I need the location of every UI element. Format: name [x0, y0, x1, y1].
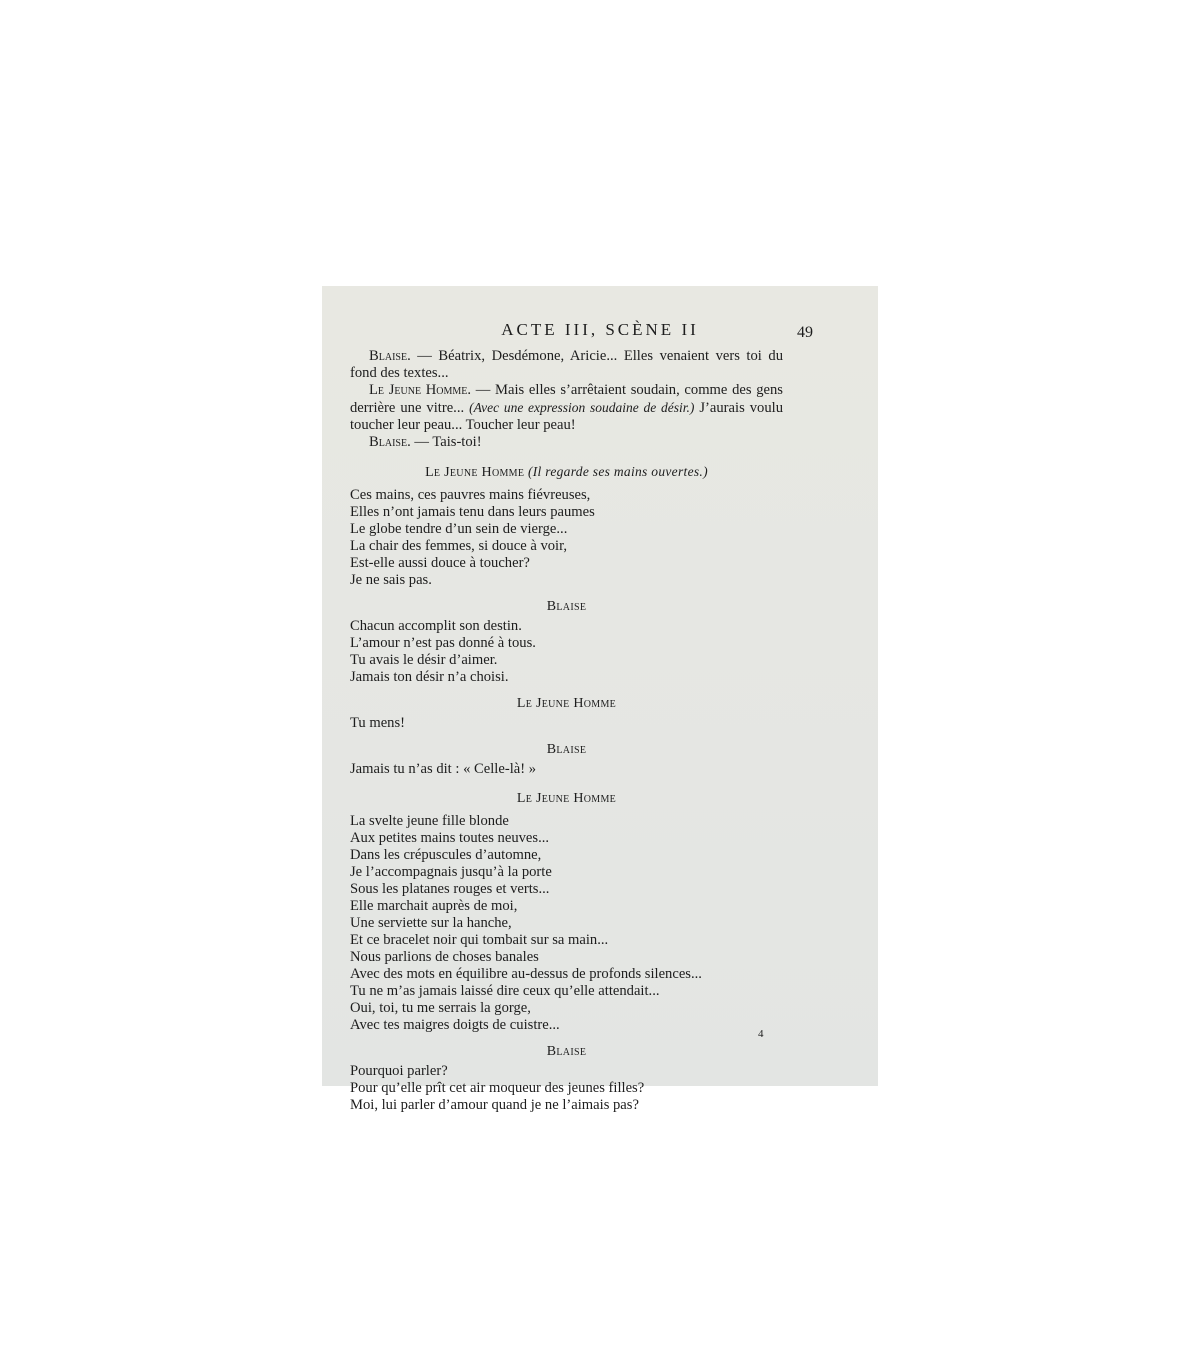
dialogue-paragraph: Le Jeune Homme. — Mais elles s’arrêtaien…	[350, 382, 783, 434]
verse-line: Elle marchait auprès de moi,	[350, 898, 783, 915]
running-head: ACTE III, SCÈNE II	[322, 320, 878, 340]
speaker-name: Le Jeune Homme	[425, 465, 524, 480]
dialogue-text: — Béatrix, Desdémone, Aricie... Elles ve…	[350, 348, 783, 381]
verse-block: Chacun accomplit son destin. L’amour n’e…	[350, 618, 783, 686]
verse-line: Chacun accomplit son destin.	[350, 618, 783, 635]
verse-line: Pour qu’elle prît cet air moqueur des je…	[350, 1080, 783, 1097]
verse-line: Sous les platanes rouges et verts...	[350, 881, 783, 898]
dialogue-text: — Tais-toi!	[411, 434, 482, 450]
verse-line: Tu ne m’as jamais laissé dire ceux qu’el…	[350, 983, 783, 1000]
page-number: 49	[797, 324, 813, 342]
verse-block: Pourquoi parler? Pour qu’elle prît cet a…	[350, 1063, 783, 1114]
verse-line: Et ce bracelet noir qui tombait sur sa m…	[350, 932, 783, 949]
verse-line: Tu mens!	[350, 715, 783, 732]
verse-line: Tu avais le désir d’aimer.	[350, 652, 783, 669]
verse-line: Une serviette sur la hanche,	[350, 915, 783, 932]
speaker-name: Le Jeune Homme.	[369, 382, 471, 398]
verse-line: Jamais tu n’as dit : « Celle-là! »	[350, 761, 783, 778]
verse-line: Jamais ton désir n’a choisi.	[350, 669, 783, 686]
dialogue-paragraph: Blaise. — Tais-toi!	[350, 434, 783, 451]
verse-line: La chair des femmes, si douce à voir,	[350, 538, 783, 555]
verse-block: Jamais tu n’as dit : « Celle-là! »	[350, 761, 783, 778]
verse-line: Avec des mots en équilibre au-dessus de …	[350, 966, 783, 983]
speaker-heading: Blaise	[350, 598, 783, 615]
verse-line: Moi, lui parler d’amour quand je ne l’ai…	[350, 1097, 783, 1114]
speaker-heading: Le Jeune Homme	[350, 695, 783, 712]
verse-line: L’amour n’est pas donné à tous.	[350, 635, 783, 652]
speaker-heading: Le Jeune Homme (Il regarde ses mains ouv…	[350, 463, 783, 481]
verse-line: Ces mains, ces pauvres mains fiévreuses,	[350, 487, 783, 504]
speaker-name: Blaise.	[369, 348, 411, 364]
speaker-name: Blaise.	[369, 434, 411, 450]
speaker-heading: Blaise	[350, 1043, 783, 1060]
stage-direction: (Avec une expression soudaine de désir.)	[469, 400, 694, 415]
verse-line: Est-elle aussi douce à toucher?	[350, 555, 783, 572]
verse-line: Avec tes maigres doigts de cuistre...	[350, 1017, 783, 1034]
verse-line: Je l’accompagnais jusqu’à la porte	[350, 864, 783, 881]
verse-block: La svelte jeune fille blonde Aux petites…	[350, 813, 783, 1034]
verse-line: Le globe tendre d’un sein de vierge...	[350, 521, 783, 538]
verse-block: Tu mens!	[350, 715, 783, 732]
speaker-heading: Blaise	[350, 741, 783, 758]
page-body: Blaise. — Béatrix, Desdémone, Aricie... …	[350, 348, 783, 1114]
verse-line: Pourquoi parler?	[350, 1063, 783, 1080]
verse-line: Dans les crépuscules d’automne,	[350, 847, 783, 864]
verse-line: Nous parlions de choses banales	[350, 949, 783, 966]
verse-block: Ces mains, ces pauvres mains fiévreuses,…	[350, 487, 783, 589]
verse-line: La svelte jeune fille blonde	[350, 813, 783, 830]
signature-mark: 4	[758, 1028, 764, 1040]
speaker-heading: Le Jeune Homme	[350, 790, 783, 807]
book-page: ACTE III, SCÈNE II 49 Blaise. — Béatrix,…	[322, 286, 878, 1086]
verse-line: Oui, toi, tu me serrais la gorge,	[350, 1000, 783, 1017]
verse-line: Je ne sais pas.	[350, 572, 783, 589]
dialogue-paragraph: Blaise. — Béatrix, Desdémone, Aricie... …	[350, 348, 783, 382]
verse-line: Aux petites mains toutes neuves...	[350, 830, 783, 847]
stage-direction: (Il regarde ses mains ouvertes.)	[524, 464, 708, 479]
verse-line: Elles n’ont jamais tenu dans leurs paume…	[350, 504, 783, 521]
